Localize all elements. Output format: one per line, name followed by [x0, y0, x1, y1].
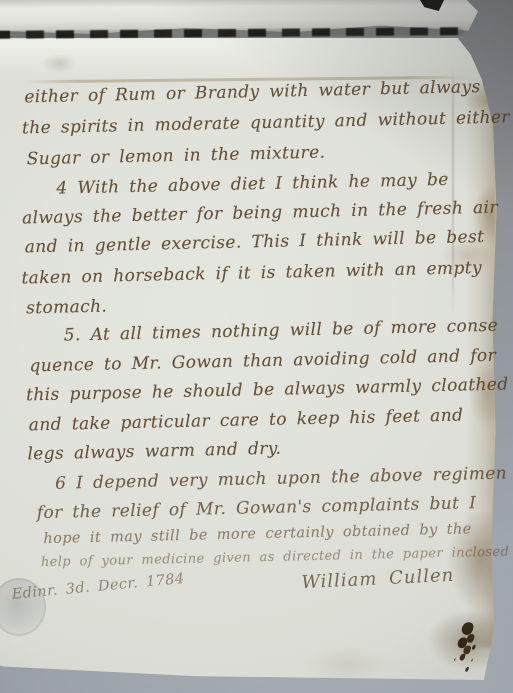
handwriting-line: the spirits in moderate quantity and wit… — [22, 107, 510, 138]
handwriting-line: 6 I depend very much upon the above regi… — [55, 464, 507, 494]
handwriting-line: either of Rum or Brandy with water but a… — [24, 77, 481, 107]
handwriting-line: 5. At all times nothing will be of more … — [64, 316, 499, 346]
handwriting-line: 4 With the above diet I think he may be — [56, 170, 449, 199]
handwriting-line: stomach. — [26, 297, 108, 319]
signature: William Cullen — [301, 565, 455, 593]
handwriting-line: for the relief of Mr. Gowan's complaints… — [37, 493, 477, 523]
dateline: Edinr. 3d. Decr. 1784 — [11, 571, 185, 603]
handwriting-line: taken on horseback if it is taken with a… — [21, 258, 482, 288]
handwriting-line: legs always warm and dry. — [27, 439, 281, 465]
handwriting-line: Sugar or lemon in the mixture. — [27, 143, 326, 170]
handwriting-line: hope it may still be more certainly obta… — [43, 521, 472, 547]
handwriting-line: and in gentle exercise. This I think wil… — [25, 227, 485, 257]
letter-text: either of Rum or Brandy with water but a… — [0, 0, 513, 693]
handwriting-line: this purpose he should be always warmly … — [26, 374, 509, 405]
handwriting-line: quence to Mr. Gowan than avoiding cold a… — [29, 346, 496, 377]
handwriting-line: always the better for being much in the … — [22, 198, 498, 229]
handwriting-line: and take particular care to keep his fee… — [29, 406, 464, 436]
manuscript-photo: either of Rum or Brandy with water but a… — [0, 0, 513, 693]
